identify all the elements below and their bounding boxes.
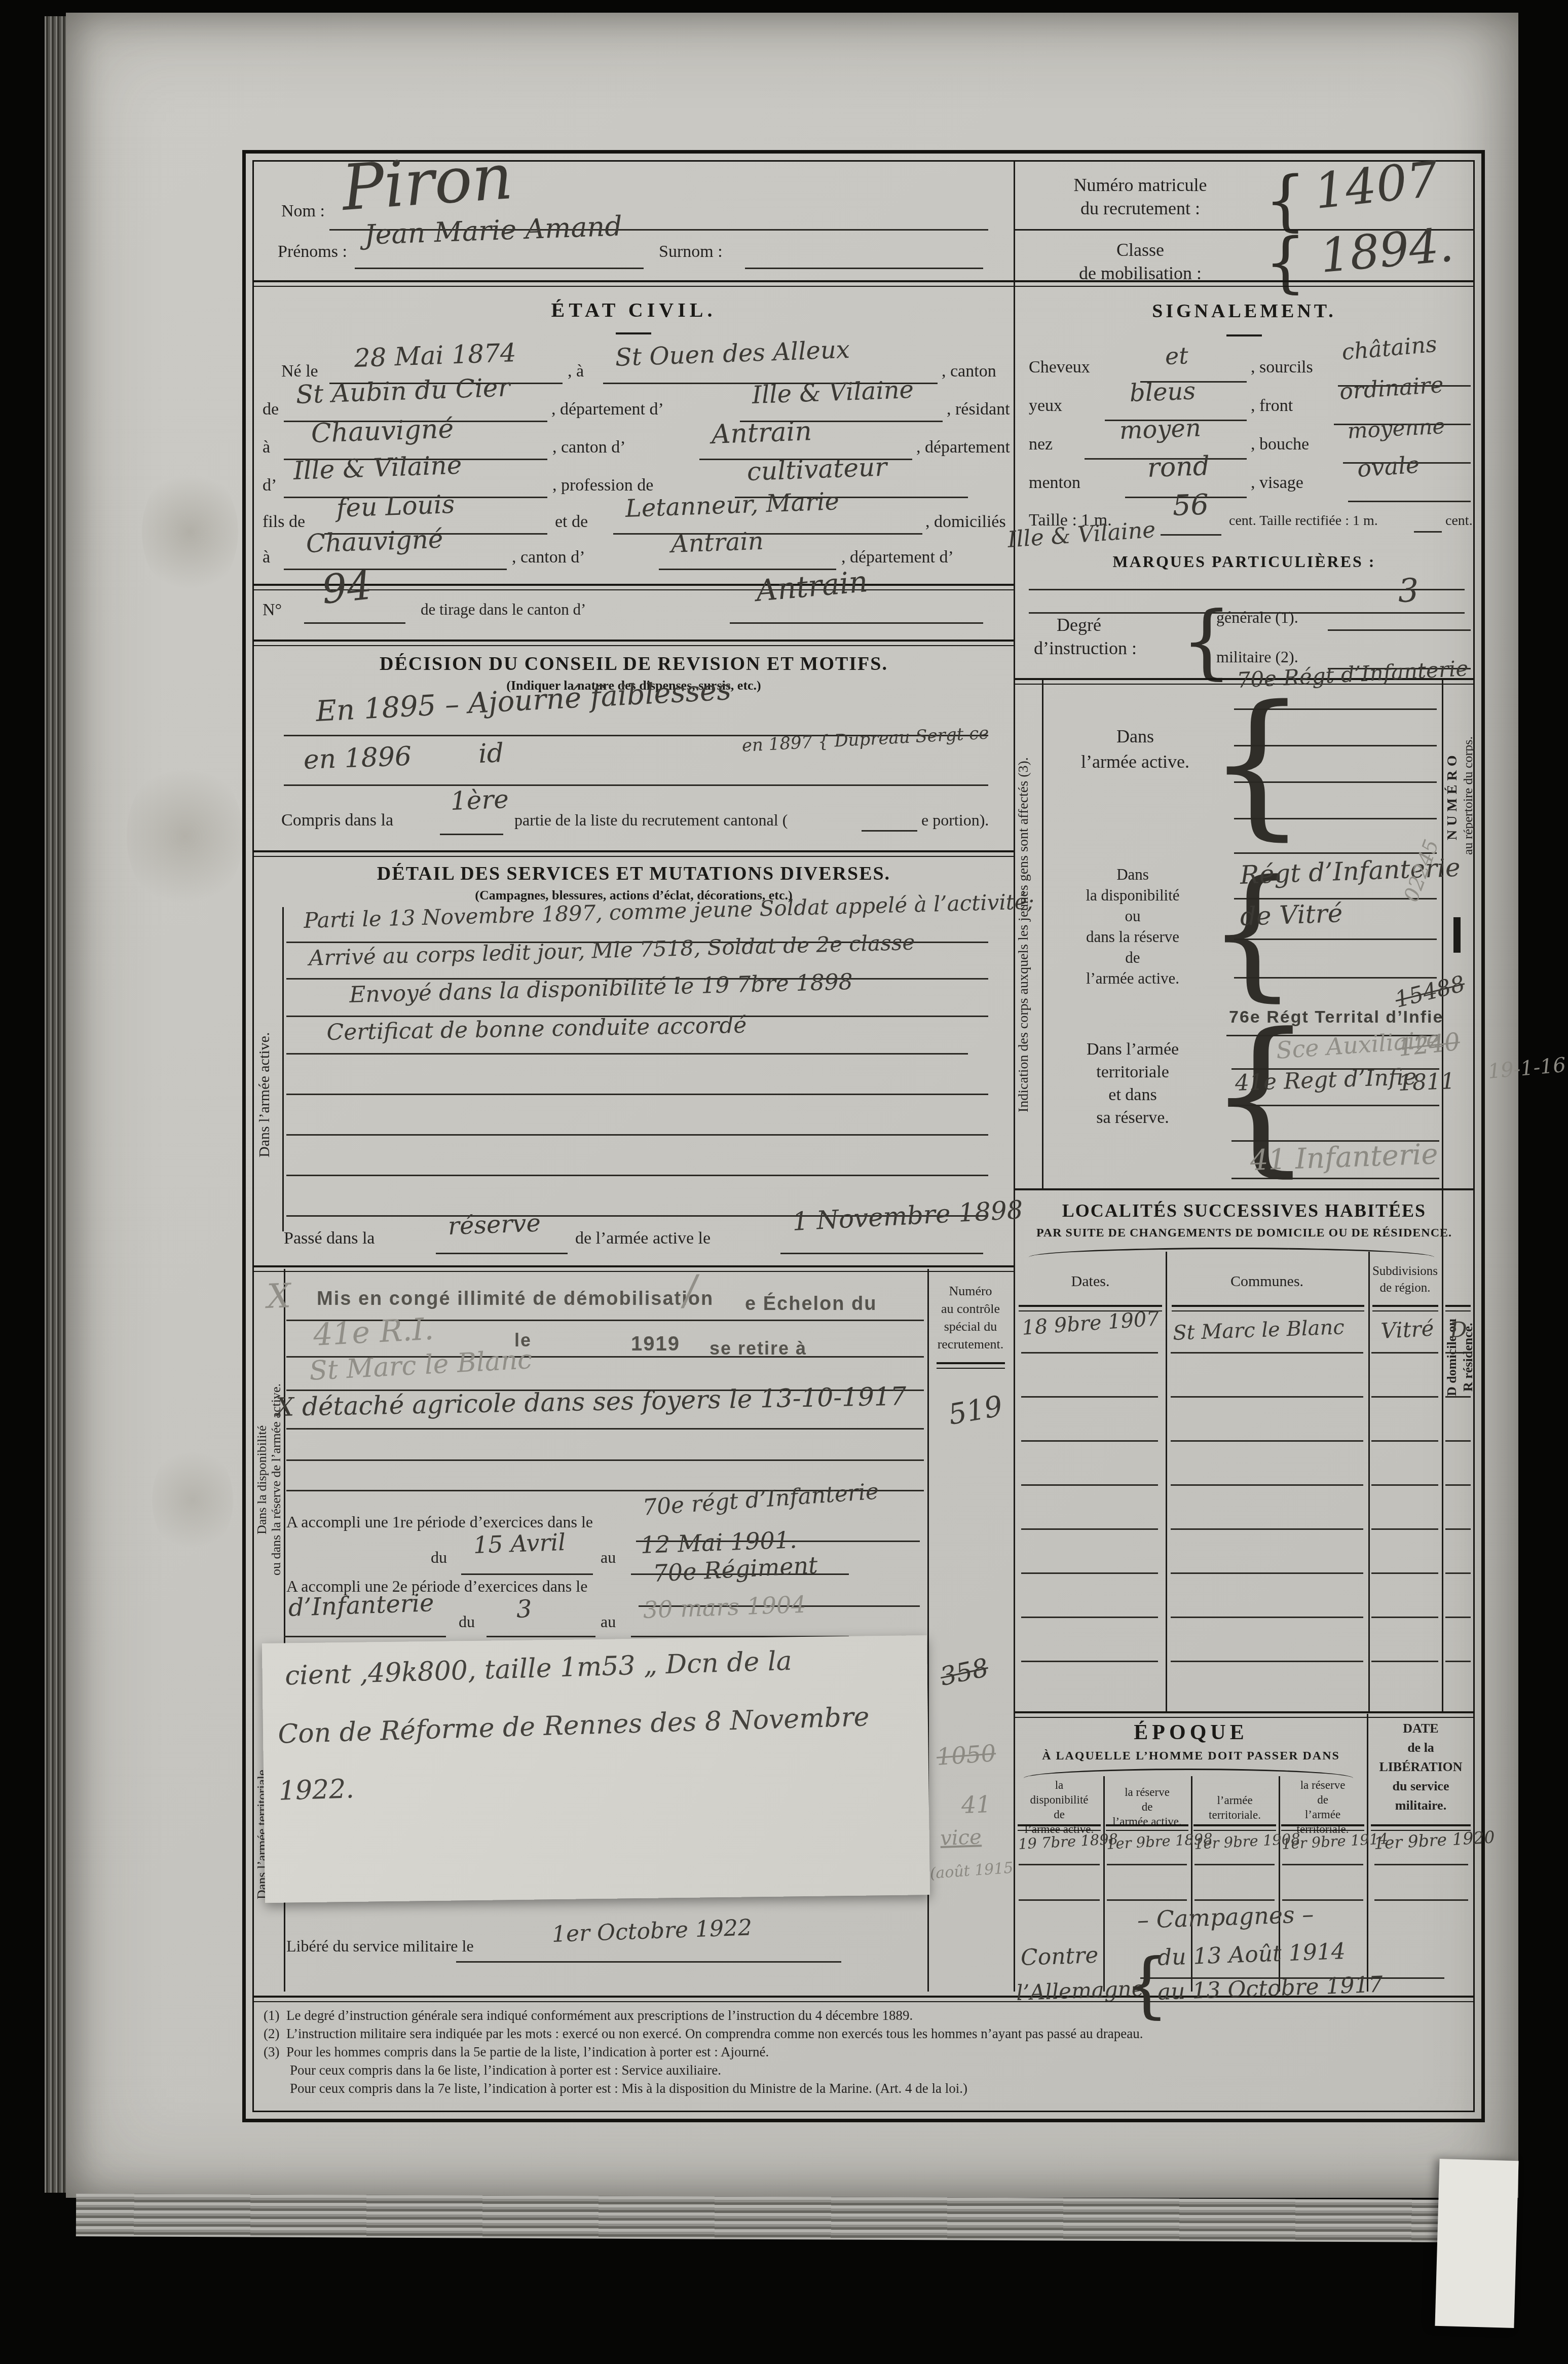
underline: [1348, 501, 1471, 502]
rule: [937, 1362, 1005, 1369]
slip-line: 1922.: [278, 1774, 355, 1806]
pasted-revision-slip: cient ‚49k800, taille 1m53 „ Dcn de la C…: [262, 1635, 930, 1903]
title-dash: [616, 332, 651, 334]
underline: [1234, 708, 1437, 710]
etat-civil-label: , canton: [942, 362, 996, 381]
underline: [1371, 1572, 1438, 1574]
underline: [1171, 1661, 1363, 1662]
underline: [286, 1459, 924, 1461]
underline: [1445, 1484, 1471, 1486]
bottom-page-edges: [76, 2194, 1470, 2242]
degre-generale-value: 3: [1397, 572, 1419, 610]
etat-civil-label: , département d’: [841, 548, 954, 567]
localites-col-communes: Communes.: [1166, 1273, 1368, 1290]
underline: [862, 830, 917, 832]
underline: [284, 784, 988, 786]
underline: [1231, 1178, 1439, 1179]
underline: [1445, 1617, 1471, 1618]
demob-stamp: e Échelon du: [745, 1293, 877, 1315]
localites-col-divider: [1166, 1252, 1167, 1711]
epoque-col-header: la réserve de l’armée active.: [1103, 1785, 1191, 1829]
localites-row-subdivision: Vitré: [1380, 1316, 1434, 1343]
degre-label: d’instruction :: [1034, 637, 1137, 659]
passe-reserve-label: de l’armée active le: [575, 1229, 711, 1248]
side-label-armee-active: Dans l’armée active.: [256, 963, 273, 1226]
underline: [1171, 1440, 1363, 1442]
underline: [1171, 1572, 1363, 1574]
underline: [1282, 1864, 1363, 1865]
underline: [1194, 1864, 1275, 1865]
rule: [254, 850, 1014, 857]
label-line: l’armée active.: [1081, 752, 1189, 772]
sig-label: , bouche: [1251, 435, 1309, 454]
rule: [1372, 1305, 1438, 1311]
slip-line: Con de Réforme de Rennes des 8 Novembre: [278, 1702, 870, 1750]
underline: [1107, 1899, 1187, 1901]
corps-dispo-value: de Vitré: [1240, 898, 1343, 931]
repertoire-mark: [1453, 917, 1461, 953]
etat-civil-label: , département: [916, 438, 1010, 457]
underline: [1371, 1484, 1438, 1486]
etat-civil-value: 28 Mai 1874: [354, 338, 516, 373]
etat-civil-label: de: [263, 400, 279, 419]
sig-taille2-suffix: cent.: [1445, 513, 1473, 529]
underline: [1371, 1617, 1438, 1618]
underline: [1445, 1528, 1471, 1530]
underline: [1194, 1899, 1275, 1901]
localites-subtitle: PAR SUITE DE CHANGEMENTS DE DOMICILE OU …: [1015, 1226, 1473, 1240]
label-line: Numéro matricule: [1074, 175, 1207, 195]
paper-stain: [142, 466, 238, 598]
etat-civil-value: feu Louis: [336, 490, 455, 523]
localites-col-dr: R résidence.: [1461, 1256, 1476, 1458]
periode2-du: du: [459, 1612, 475, 1631]
degre-label: Degré: [1057, 614, 1101, 635]
underline: [1234, 939, 1437, 940]
rule: [1015, 1188, 1473, 1190]
repertoire-column-header: au répertoire du corps.: [1461, 687, 1476, 905]
sig-value: moyen: [1119, 414, 1202, 445]
periode2-date1: 3: [516, 1595, 532, 1624]
x-mark: X: [266, 1276, 291, 1316]
underline: [286, 1094, 988, 1095]
underline: [1019, 1899, 1100, 1901]
field-prenoms-label: Prénoms :: [278, 242, 347, 261]
field-matricule-label: Numéro matriculedu recrutement :: [1024, 173, 1257, 220]
underline: [1445, 1352, 1471, 1354]
demob-unit: 41e R.I.: [312, 1311, 434, 1353]
title-dash: [1226, 334, 1262, 336]
corps-active-label: Dansl’armée active.: [1064, 724, 1206, 774]
underline: [1371, 1396, 1438, 1398]
underline: [304, 622, 405, 624]
sig-value: rond: [1147, 451, 1210, 483]
etat-civil-label: d’: [263, 476, 277, 495]
corps-dispo-label: Dans la disponibilité ou dans la réserve…: [1057, 864, 1209, 989]
rule: [1015, 1711, 1473, 1718]
demob-stamp: Mis en congé illimité de démobilisation: [317, 1288, 714, 1310]
field-classe-label: Classede mobilisation :: [1024, 238, 1257, 285]
etat-civil-label: à: [263, 548, 270, 567]
next-page-corner: [1435, 2159, 1518, 2328]
sig-label: nez: [1029, 435, 1053, 454]
slip-line: cient ‚49k800, taille 1m53 „ Dcn de la: [284, 1646, 792, 1692]
tirage-text: de tirage dans le canton d’: [421, 601, 586, 619]
field-surnom-label: Surnom :: [659, 242, 723, 261]
rule: [1018, 1824, 1101, 1831]
sig-marques-label: MARQUES PARTICULIÈRES :: [1015, 552, 1473, 571]
corps-terr-label: Dans l’armée territoriale et dans sa rés…: [1057, 1038, 1209, 1129]
underline: [1414, 531, 1442, 533]
etat-civil-label: , à: [568, 362, 584, 381]
repertoire-number: 1811: [1398, 1068, 1455, 1096]
passe-reserve-value: réserve: [447, 1209, 541, 1241]
label-line: Numéro: [949, 1284, 992, 1298]
underline: [1371, 1661, 1438, 1662]
underline: [440, 834, 503, 835]
sig-label: menton: [1029, 473, 1080, 493]
etat-civil-value: Ille & Vilaine: [752, 376, 914, 409]
sig-value: moyenne: [1347, 414, 1445, 443]
underline: [1171, 1352, 1363, 1354]
underline: [1021, 1572, 1158, 1574]
underline: [1161, 534, 1221, 536]
rule: [254, 640, 1014, 646]
scanned-ledger-photo: { "header": { "nom_label": "Nom :", "nom…: [0, 0, 1568, 2364]
sig-value: et: [1165, 342, 1189, 370]
label-line: spécial du: [944, 1319, 997, 1334]
underline: [286, 1053, 968, 1055]
underline: [284, 1636, 446, 1637]
footnote: (3) Pour les hommes compris dans la 5e p…: [264, 2044, 769, 2060]
sig-value: ovale: [1356, 451, 1421, 482]
decision-compris-label: e portion).: [921, 811, 989, 830]
rule: [254, 1265, 1014, 1272]
underline: [1107, 1864, 1187, 1865]
underline: [613, 533, 922, 535]
controle-margin-number: 41: [961, 1790, 991, 1819]
paper-stain: [152, 1444, 233, 1556]
underline: [1445, 1572, 1471, 1574]
periode1-au: au: [601, 1548, 616, 1567]
side-label-disponibilite: Dans la disponibilité: [254, 1287, 270, 1672]
section-title-signalement: SIGNALEMENT.: [1015, 300, 1473, 322]
localites-col-dr: D domicile ou: [1444, 1256, 1460, 1458]
underline: [1445, 1661, 1471, 1662]
epoque-date-liberation-header: DATE de la LIBÉRATION du service militai…: [1368, 1719, 1473, 1815]
etat-civil-label: , département d’: [551, 400, 664, 419]
sig-value: bleus: [1129, 377, 1196, 407]
field-classe-value: 1894.: [1318, 217, 1456, 283]
underline: [1445, 1440, 1471, 1442]
underline: [1021, 1661, 1158, 1662]
book-spine-page-edges: [45, 16, 69, 2193]
epoque-title: ÉPOQUE: [1015, 1720, 1367, 1745]
etat-civil-value: Antrain: [711, 416, 812, 450]
underline: [1021, 1617, 1158, 1618]
section-title-services: DÉTAIL DES SERVICES ET MUTATIONS DIVERSE…: [254, 862, 1014, 885]
underline: [1234, 781, 1437, 783]
periode2-au: au: [601, 1612, 616, 1631]
underline: [1021, 1484, 1158, 1486]
controle-margin-number: vice: [940, 1825, 982, 1850]
epoque-col-header: l’armée territoriale.: [1191, 1793, 1279, 1822]
underline: [487, 1636, 595, 1637]
underline: [1171, 1484, 1363, 1486]
underline: [1021, 1440, 1158, 1442]
periode2-value2: d’Infanterie: [288, 1589, 434, 1622]
field-nom-value: Piron: [340, 140, 515, 225]
campagnes-entry: Contre: [1020, 1942, 1099, 1971]
underline: [456, 1961, 841, 1963]
underline: [1171, 1528, 1363, 1530]
etat-civil-label: , canton d’: [552, 438, 625, 457]
underline: [1171, 1396, 1363, 1398]
controle-column-header: Numéroau contrôlespécial durecrutement.: [929, 1282, 1012, 1353]
underline: [436, 1253, 568, 1254]
localites-row-dr: D: [1449, 1317, 1467, 1342]
label-line: Dans: [1116, 726, 1154, 746]
rule: [1445, 1305, 1471, 1311]
corps-side-divider: [1042, 680, 1043, 1188]
rule: [1172, 1305, 1364, 1311]
tirage-no-value: 94: [320, 562, 375, 613]
footnote: Pour ceux compris dans la 6e liste, l’in…: [290, 2062, 721, 2078]
decision-compris-label: partie de la liste du recrutement canton…: [514, 811, 788, 830]
underline: [1371, 1352, 1438, 1354]
corps-terr-stamp: 76e Régt Territal d’Infie: [1229, 1007, 1443, 1027]
underline: [1371, 1528, 1438, 1530]
underline: [1371, 1440, 1438, 1442]
underline: [1021, 1352, 1158, 1354]
etat-civil-label: , résidant: [947, 400, 1010, 419]
sig-taille-value: 56: [1172, 489, 1209, 522]
etat-civil-value: Chauvigné: [306, 524, 443, 558]
passe-reserve-label: Passé dans la: [284, 1229, 375, 1248]
rule: [254, 280, 1014, 287]
epoque-subtitle: À LAQUELLE L’HOMME DOIT PASSER DANS: [1015, 1749, 1367, 1763]
underline: [1374, 1899, 1468, 1901]
underline: [1234, 745, 1437, 746]
underline: [780, 1253, 983, 1254]
periode1-du: du: [431, 1548, 447, 1567]
etat-civil-label: à: [263, 438, 270, 457]
underline: [286, 1428, 924, 1430]
underline: [1234, 818, 1437, 819]
etat-civil-value: Chauvigné: [311, 414, 454, 449]
etat-civil-label: , profession de: [552, 476, 653, 495]
footnote: Pour ceux compris dans la 7e liste, l’in…: [290, 2081, 967, 2096]
decision-compris-label: Compris dans la: [281, 811, 393, 830]
underline: [1171, 1617, 1363, 1618]
libere-label: Libéré du service militaire le: [286, 1937, 474, 1956]
label-line: Classe: [1116, 240, 1164, 260]
paper-stain: [127, 760, 243, 912]
degre-generale-label: générale (1).: [1216, 608, 1298, 627]
underline: [1445, 1396, 1471, 1398]
localites-col-divider: [1368, 1252, 1370, 1711]
localites-col-subdivisions: Subdivisions de région.: [1368, 1263, 1442, 1296]
underline: [1234, 977, 1437, 979]
etat-civil-label: et de: [555, 512, 588, 532]
section-title-etat-civil: ÉTAT CIVIL.: [254, 298, 1014, 322]
corps-terr-pencil: 41 Infanterie: [1250, 1138, 1439, 1177]
sig-label: yeux: [1029, 396, 1062, 416]
etat-civil-label: fils de: [263, 512, 305, 532]
tirage-no-label: N°: [263, 601, 282, 620]
underline: [1328, 629, 1471, 631]
etat-civil-label: Né le: [281, 362, 318, 381]
underline: [284, 569, 507, 570]
underline: [1021, 1528, 1158, 1530]
decision-compris-value: 1ère: [450, 784, 509, 816]
localites-title: LOCALITÉS SUCCESSIVES HABITÉES: [1015, 1200, 1473, 1221]
underline: [745, 268, 983, 269]
label-line: recrutement.: [938, 1337, 1004, 1352]
hw-slash: /: [683, 1266, 698, 1314]
etat-civil-label: , canton d’: [512, 548, 585, 567]
footnote: (1) Le degré d’instruction générale sera…: [264, 2008, 913, 2023]
underline: [286, 1175, 988, 1176]
underline: [355, 268, 644, 269]
label-line: du recrutement :: [1080, 198, 1200, 218]
side-label-indication-corps: Indication des corps auxquels les jeunes…: [1016, 684, 1032, 1186]
footnote: (2) L’instruction militaire sera indiqué…: [264, 2026, 1143, 2042]
etat-civil-value: Ille & Vilaine: [293, 450, 462, 485]
side-label-disponibilite: ou dans la réserve de l’armée active.: [269, 1287, 284, 1672]
demob-stamp-year: 1919: [631, 1333, 680, 1356]
sig-label: Cheveux: [1029, 358, 1090, 377]
localites-col-dates: Dates.: [1015, 1273, 1166, 1290]
underline: [461, 1573, 593, 1575]
rule: [1106, 1824, 1188, 1831]
label-line: au contrôle: [941, 1301, 1000, 1316]
etat-civil-value: Antrain: [670, 527, 764, 558]
periode2-date2: 30 mars 1904: [643, 1591, 806, 1624]
underline: [730, 622, 983, 624]
field-nom-label: Nom :: [281, 202, 325, 221]
underline: [1021, 1396, 1158, 1398]
degre-militaire-label: militaire (2).: [1216, 648, 1298, 666]
underline: [286, 1134, 988, 1136]
etat-civil-label: , domiciliés: [925, 512, 1006, 532]
rule: [1015, 280, 1475, 287]
sig-label: , visage: [1251, 473, 1303, 493]
sig-label: , front: [1251, 396, 1293, 416]
underline: [1019, 1864, 1100, 1865]
periode1-date1: 15 Avril: [473, 1528, 566, 1559]
section-title-decision: DÉCISION DU CONSEIL DE REVISION ET MOTIF…: [254, 653, 1014, 675]
sig-label: , sourcils: [1251, 358, 1313, 377]
underline: [1374, 1864, 1468, 1865]
sig-taille2-label: cent. Taille rectifiée : 1 m.: [1229, 513, 1378, 529]
etat-civil-value: cultivateur: [746, 452, 887, 486]
repertoire-column-divider: [1442, 680, 1443, 1711]
side-strip-divider: [282, 907, 284, 1231]
controle-margin-number: 1050: [936, 1739, 997, 1771]
underline: [1231, 1105, 1439, 1106]
